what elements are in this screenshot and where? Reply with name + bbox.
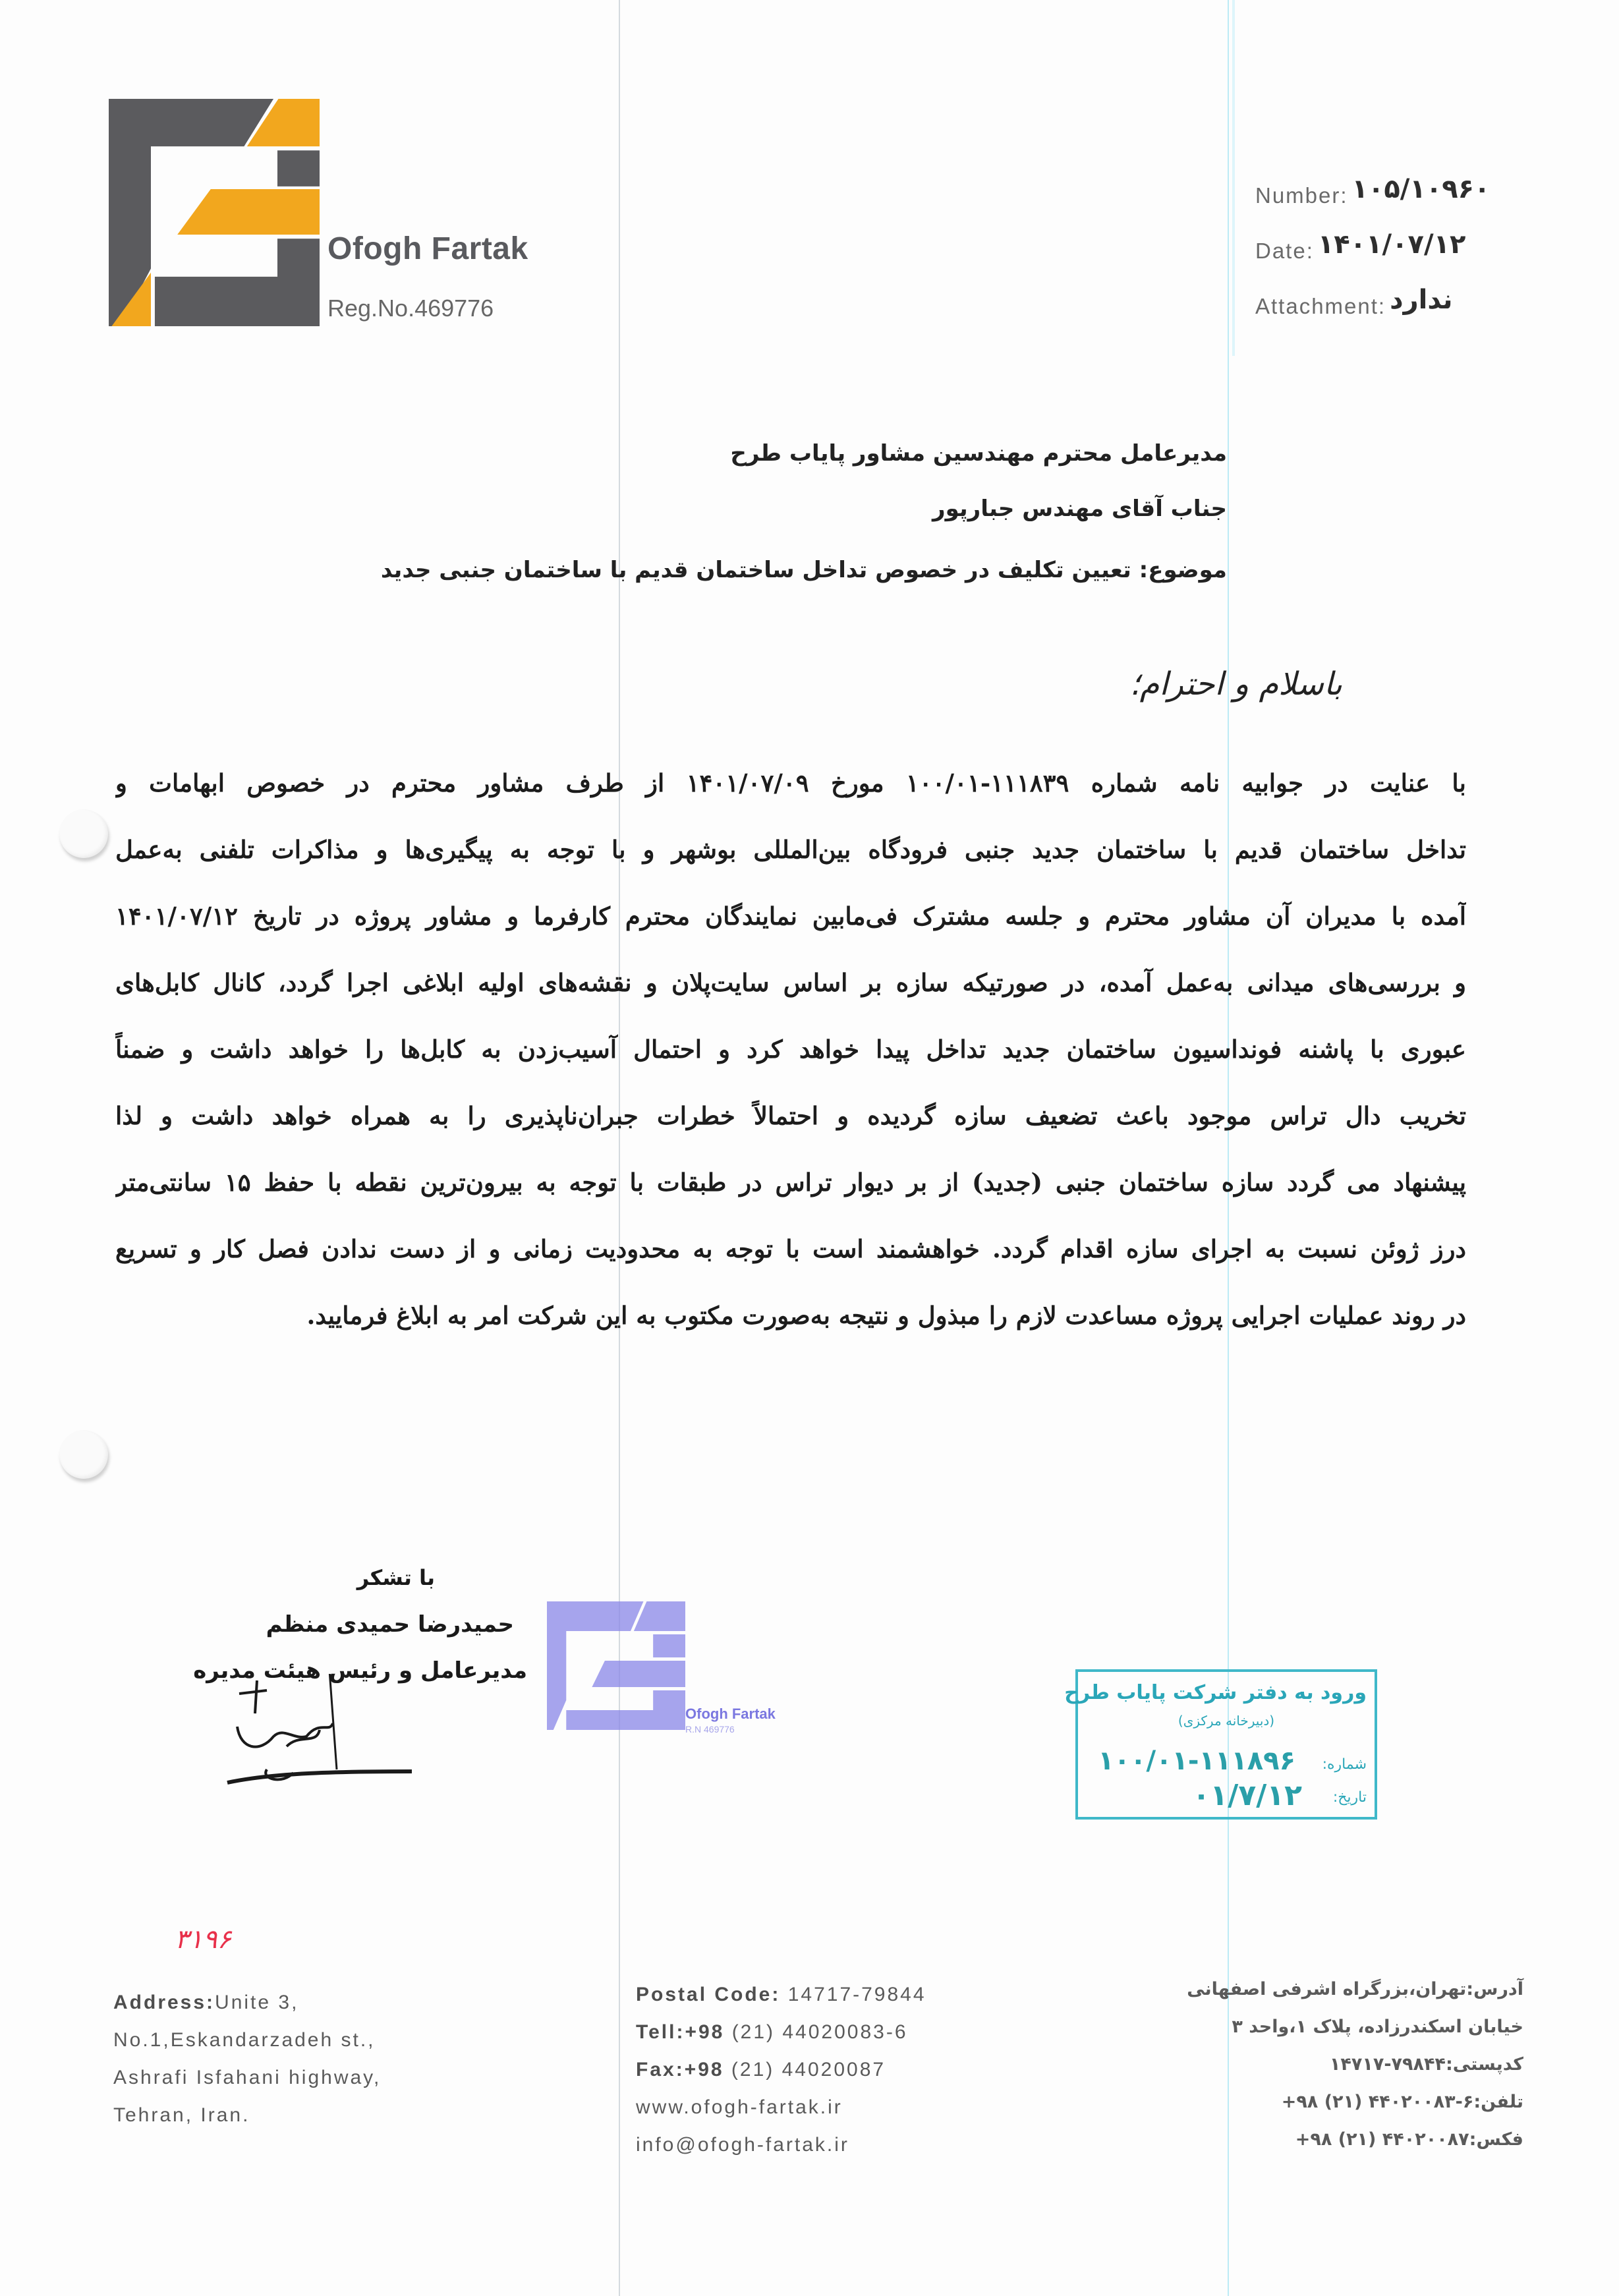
fa-address-line: خیابان اسکندرزاده، پلاک ۱،واحد ۳: [1187, 2008, 1523, 2046]
fax-value: (21) 44020087: [731, 2059, 886, 2081]
body-line: تخریب دال تراس موجود باعث تضعیف سازه گرد…: [115, 1083, 1466, 1149]
date-value: ۱۴۰۱/۰۷/۱۲: [1318, 229, 1466, 260]
receipt-subtitle: (دبیرخانه مرکزی): [1078, 1713, 1375, 1729]
footer-persian-address: آدرس:تهران،بزرگراه اشرفی اصفهانی خیابان …: [1187, 1970, 1523, 2158]
meta-attachment: Attachment: ندارد: [1255, 269, 1532, 324]
number-label: Number:: [1255, 183, 1348, 208]
receipt-title: ورود به دفتر شرکت پایاب طرح: [1064, 1681, 1367, 1704]
footer-contact: Postal Code: 14717-79844 Tell:+98 (21) 4…: [636, 1976, 926, 2164]
brand-name: Ofogh Fartak: [327, 231, 528, 267]
email-link[interactable]: info@ofogh-fartak.ir: [636, 2126, 926, 2164]
body-line: پیشنهاد می گردد سازه ساختمان جنبی (جدید)…: [115, 1149, 1466, 1216]
number-value: ۱۰۵/۱۰۹۶۰: [1352, 174, 1491, 204]
body-line: آمده با مدیران آن مشاور محترم و جلسه مشت…: [115, 883, 1466, 950]
recipient-name: جناب آقای مهندس جبارپور: [932, 496, 1227, 522]
meta-date: Date: ۱۴۰۱/۰۷/۱۲: [1255, 214, 1532, 269]
address-line: Tehran, Iran.: [113, 2096, 381, 2134]
address-label: Address:: [113, 1992, 215, 2013]
body-line: و بررسی‌های میدانی به‌عمل آمده، در صورتی…: [115, 950, 1466, 1016]
registration-number: Reg.No.469776: [327, 295, 494, 322]
postal-label: Postal Code:: [636, 1984, 780, 2005]
address-line: Ashrafi Isfahani highway,: [113, 2059, 381, 2096]
letter-meta: Number: ۱۰۵/۱۰۹۶۰ Date: ۱۴۰۱/۰۷/۱۲ Attac…: [1255, 158, 1532, 324]
attachment-label: Attachment:: [1255, 294, 1386, 319]
receipt-number-value: ۱۰۰/۰۱-۱۱۱۸۹۶: [1098, 1746, 1295, 1776]
postal-value: 14717-79844: [788, 1984, 926, 2005]
receipt-stamp: ورود به دفتر شرکت پایاب طرح (دبیرخانه مر…: [1075, 1669, 1377, 1820]
punch-hole: [59, 809, 108, 858]
company-logo-icon: [109, 99, 320, 326]
body-line: عبوری با پاشنه فونداسیون ساختمان جدید تد…: [115, 1016, 1466, 1083]
fa-fax: فکس:۴۴۰۲۰۰۸۷ (۲۱) ۹۸+: [1187, 2121, 1523, 2158]
letter-body: با عنایت در جوابیه نامه شماره ۱۱۱۸۳۹-۱۰۰…: [115, 750, 1466, 1349]
fa-phone: تلفن:۶-۴۴۰۲۰۰۸۳ (۲۱) ۹۸+: [1187, 2083, 1523, 2121]
footer-english-address: Address:Unite 3, No.1,Eskandarzadeh st.,…: [113, 1984, 381, 2134]
meta-number: Number: ۱۰۵/۱۰۹۶۰: [1255, 158, 1532, 214]
scan-artifact-line: [1232, 0, 1235, 356]
date-label: Date:: [1255, 239, 1314, 264]
stamp-reg-number: R.N 469776: [685, 1724, 735, 1735]
fax-label: Fax:+98: [636, 2059, 724, 2081]
tel-label: Tell:+98: [636, 2021, 724, 2043]
attachment-value: ندارد: [1390, 285, 1452, 315]
company-stamp-icon: [547, 1601, 685, 1730]
receipt-date-value: ۰۱/۷/۱۲: [1193, 1779, 1302, 1812]
handwritten-note: ۳۱۹۶: [175, 1924, 231, 1955]
body-line: تداخل ساختمان قدیم با ساختمان جدید جنبی …: [115, 817, 1466, 883]
fa-postal-code: کدپستی:۷۹۸۴۴-۱۴۷۱۷: [1187, 2046, 1523, 2083]
address-line: Unite 3,: [215, 1992, 298, 2013]
recipient-line: مدیرعامل محترم مهندسین مشاور پایاب طرح: [730, 440, 1227, 467]
body-line: با عنایت در جوابیه نامه شماره ۱۱۱۸۳۹-۱۰۰…: [115, 750, 1466, 817]
subject-line: موضوع: تعیین تکلیف در خصوص تداخل ساختمان…: [381, 557, 1227, 583]
website-link[interactable]: www.ofogh-fartak.ir: [636, 2088, 926, 2126]
punch-hole: [59, 1430, 108, 1479]
fa-address-line: آدرس:تهران،بزرگراه اشرفی اصفهانی: [1187, 1970, 1523, 2008]
signer-name: حمیدرضا حمیدی منظم: [266, 1611, 514, 1638]
salutation: باسلام و احترام؛: [1129, 666, 1342, 703]
body-line: در روند عملیات اجرایی پروژه مساعدت لازم …: [115, 1282, 1466, 1349]
tel-value: (21) 44020083-6: [732, 2021, 908, 2043]
handwritten-signature-icon: [221, 1674, 418, 1786]
receipt-number-label: شماره:: [1322, 1756, 1367, 1773]
address-line: No.1,Eskandarzadeh st.,: [113, 2021, 381, 2059]
receipt-date-label: تاریخ:: [1333, 1789, 1367, 1806]
body-line: درز ژوئن نسبت به اجرای سازه اقدام گردد. …: [115, 1216, 1466, 1282]
stamp-brand-name: Ofogh Fartak: [685, 1706, 776, 1723]
closing: با تشکر: [357, 1565, 435, 1590]
